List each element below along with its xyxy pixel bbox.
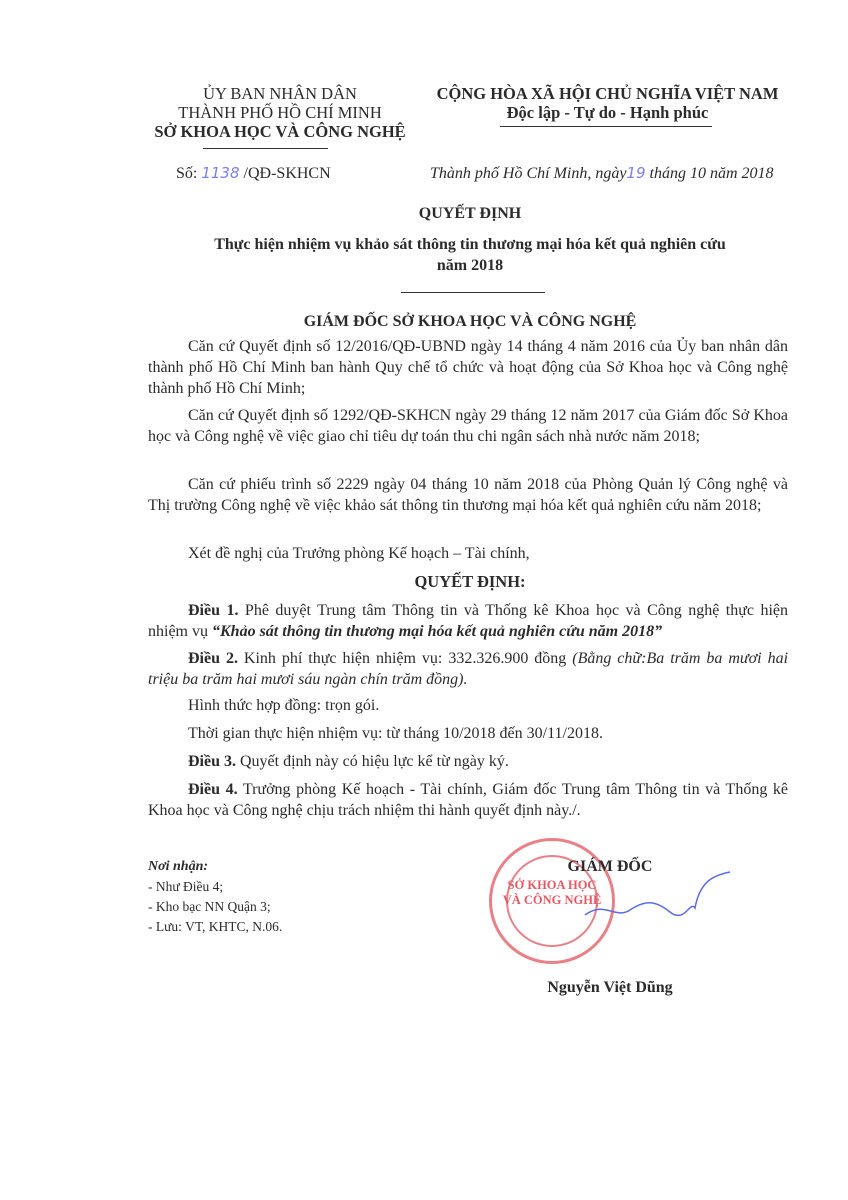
article-1: Điều 1. Phê duyệt Trung tâm Thông tin và… xyxy=(148,600,788,642)
recipient-item: - Lưu: VT, KHTC, N.06. xyxy=(148,917,282,937)
handwritten-number: 1138 xyxy=(201,164,239,182)
agency-line-2: THÀNH PHỐ HỒ CHÍ MINH xyxy=(130,103,430,122)
agency-underline xyxy=(203,148,328,149)
agency-line-3: SỞ KHOA HỌC VÀ CÔNG NGHỆ xyxy=(130,122,430,141)
authority-heading: GIÁM ĐỐC SỞ KHOA HỌC VÀ CÔNG NGHỆ xyxy=(130,313,810,331)
document-number: Số: 1138 /QĐ-SKHCN xyxy=(176,164,331,183)
signer-name: Nguyễn Việt Dũng xyxy=(510,979,710,997)
article-2: Điều 2. Kinh phí thực hiện nhiệm vụ: 332… xyxy=(148,648,788,690)
article-4: Điều 4. Trưởng phòng Kế hoạch - Tài chín… xyxy=(148,779,788,821)
document-subject: Thực hiện nhiệm vụ khảo sát thông tin th… xyxy=(130,234,810,276)
recipients-block: Nơi nhận: - Như Điều 4; - Kho bạc NN Quậ… xyxy=(148,857,282,937)
preamble-1: Căn cứ Quyết định số 12/2016/QĐ-UBND ngà… xyxy=(148,336,788,399)
handwritten-signature xyxy=(575,870,735,930)
document-heading: QUYẾT ĐỊNH xyxy=(130,205,810,223)
duration: Thời gian thực hiện nhiệm vụ: từ tháng 1… xyxy=(148,723,788,744)
recipients-title: Nơi nhận: xyxy=(148,857,282,877)
decision-heading: QUYẾT ĐỊNH: xyxy=(130,572,810,592)
motto-underline xyxy=(500,126,712,127)
article-3: Điều 3. Quyết định này có hiệu lực kể từ… xyxy=(148,751,788,772)
preamble-2: Căn cứ Quyết định số 1292/QĐ-SKHCN ngày … xyxy=(148,405,788,447)
handwritten-day: 19 xyxy=(626,164,645,182)
recipient-item: - Như Điều 4; xyxy=(148,877,282,897)
preamble-3: Căn cứ phiếu trình số 2229 ngày 04 tháng… xyxy=(148,474,788,516)
preamble-4: Xét đề nghị của Trưởng phòng Kế hoạch – … xyxy=(148,543,788,564)
agency-line-1: ỦY BAN NHÂN DÂN xyxy=(130,84,430,103)
contract-form: Hình thức hợp đồng: trọn gói. xyxy=(148,695,788,716)
subject-divider xyxy=(401,292,545,293)
issuing-agency-block: ỦY BAN NHÂN DÂN THÀNH PHỐ HỒ CHÍ MINH SỞ… xyxy=(130,84,430,141)
recipient-item: - Kho bạc NN Quận 3; xyxy=(148,897,282,917)
country-name: CỘNG HÒA XÃ HỘI CHỦ NGHĨA VIỆT NAM xyxy=(415,84,800,103)
motto: Độc lập - Tự do - Hạnh phúc xyxy=(415,103,800,122)
place-date: Thành phố Hồ Chí Minh, ngày19 tháng 10 n… xyxy=(430,164,774,183)
national-motto-block: CỘNG HÒA XÃ HỘI CHỦ NGHĨA VIỆT NAM Độc l… xyxy=(415,84,800,122)
